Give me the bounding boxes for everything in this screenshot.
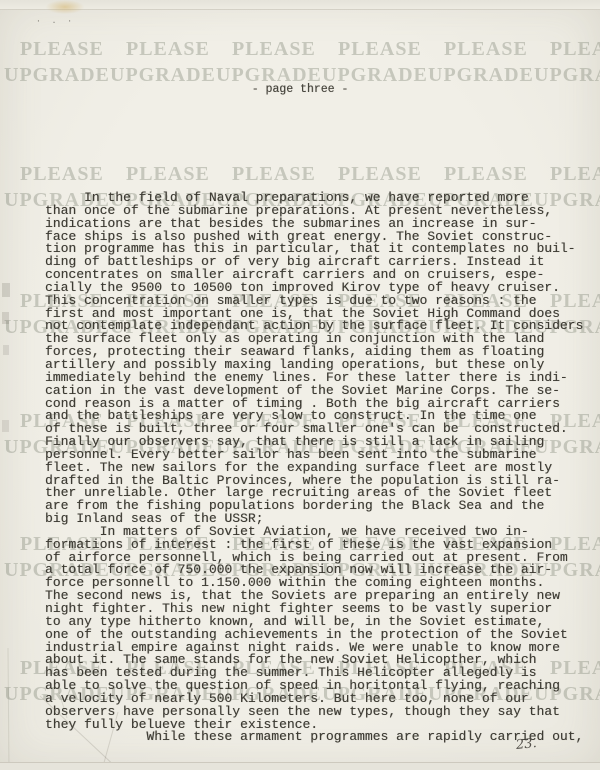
handwritten-page-number: 23. bbox=[515, 736, 537, 753]
paper-edge-bottom bbox=[0, 762, 600, 770]
watermark-text: PLEASE bbox=[126, 163, 232, 186]
paragraph-soviet-aviation: In matters of Soviet Aviation, we have r… bbox=[45, 526, 600, 732]
paper-stain bbox=[46, 0, 84, 14]
document-page: PLEASEPLEASEPLEASEPLEASEPLEASEPLEASEUPGR… bbox=[0, 0, 600, 770]
watermark-text: PLEASE bbox=[20, 163, 126, 186]
watermark-text: PLEASE bbox=[444, 38, 550, 61]
watermark-text: PLEASE bbox=[338, 163, 444, 186]
watermark-text: PLEASE bbox=[550, 38, 600, 61]
watermark-text: PLEASE bbox=[126, 38, 232, 61]
corner-marks: · . · bbox=[36, 17, 75, 26]
document-body: In the field of Naval preparations, we h… bbox=[45, 192, 600, 744]
paper-edge-top bbox=[0, 0, 600, 10]
watermark-text: PLEASE bbox=[232, 38, 338, 61]
watermark-text: PLEASE bbox=[550, 163, 600, 186]
watermark-row-please: PLEASEPLEASEPLEASEPLEASEPLEASEPLEASE bbox=[0, 163, 600, 186]
watermark-text: PLEASE bbox=[232, 163, 338, 186]
watermark-text: PLEASE bbox=[338, 38, 444, 61]
watermark-text: PLEASE bbox=[20, 38, 126, 61]
watermark-text: PLEASE bbox=[444, 163, 550, 186]
paragraph-naval-preparations: In the field of Naval preparations, we h… bbox=[45, 192, 600, 526]
page-header: - page three - bbox=[0, 83, 600, 96]
watermark-row-please: PLEASEPLEASEPLEASEPLEASEPLEASEPLEASE bbox=[0, 38, 600, 61]
